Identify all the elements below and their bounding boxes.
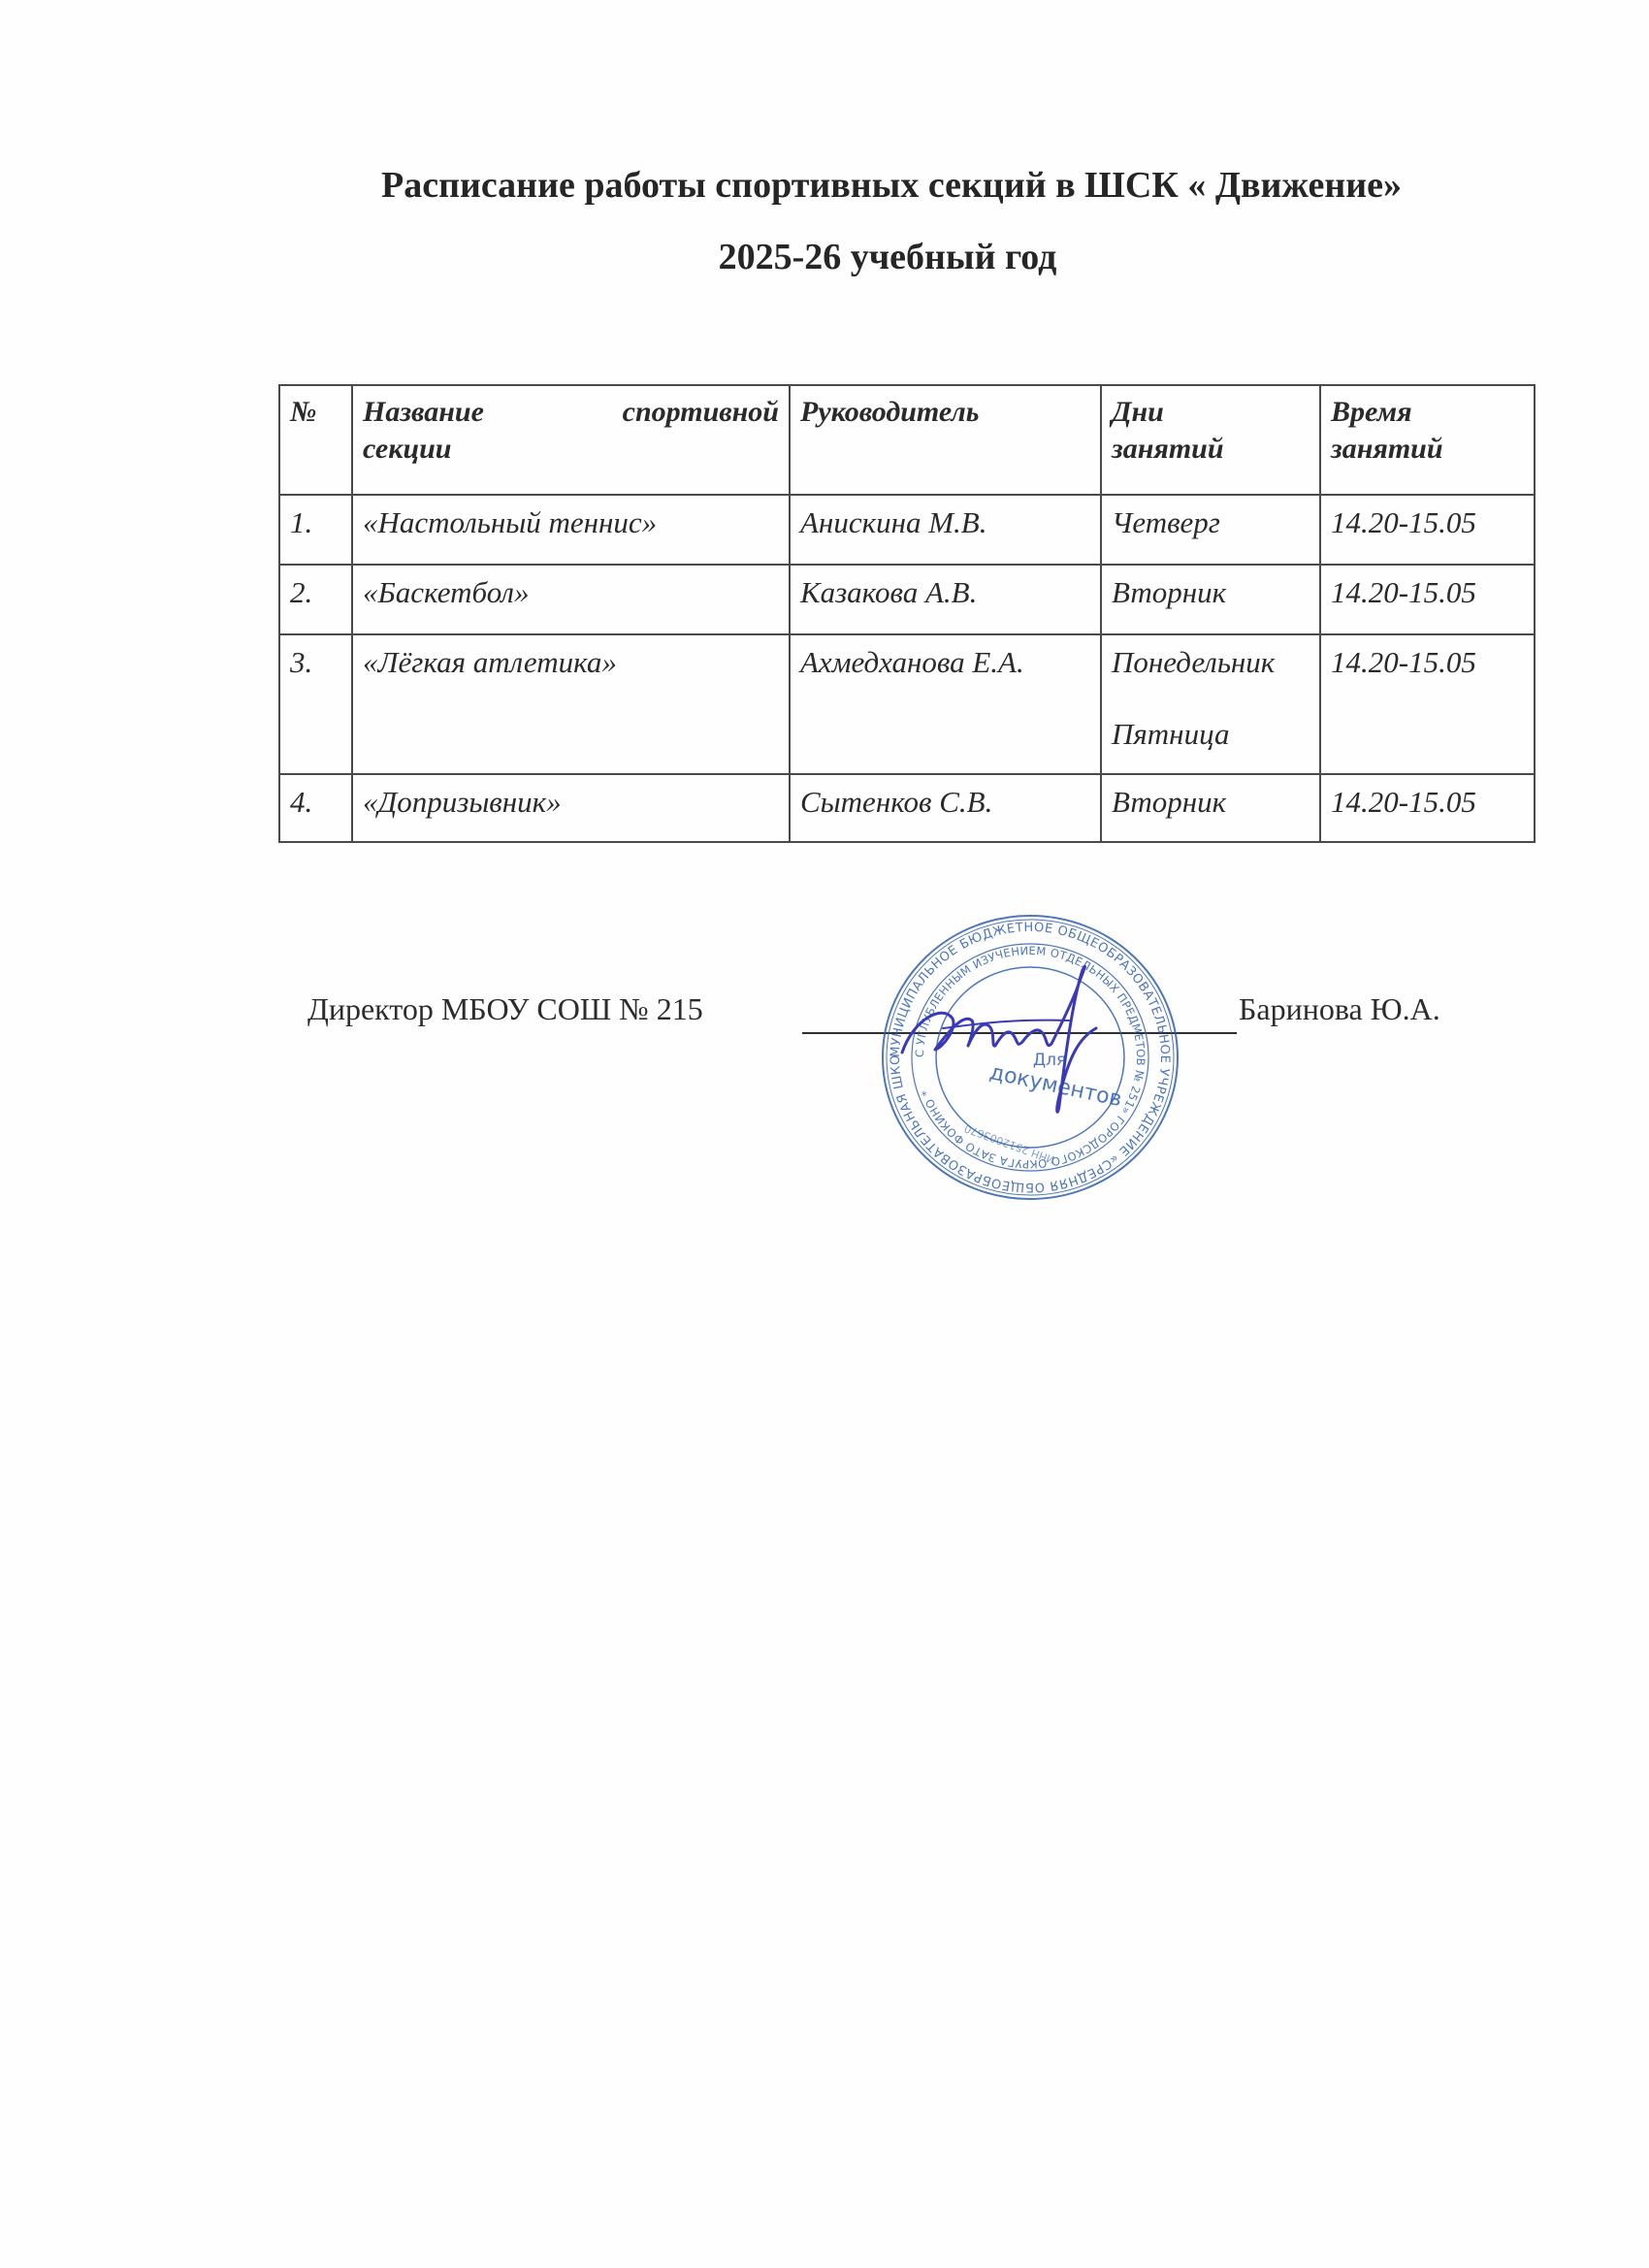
document-page: Расписание работы спортивных секций в ШС…	[0, 0, 1649, 2268]
cell-number: 4.	[279, 774, 352, 842]
director-position: Директор МБОУ СОШ № 215	[307, 991, 703, 1027]
header-time-line2: занятий	[1331, 431, 1524, 468]
svg-text:Для: Для	[1033, 1051, 1066, 1070]
header-section-name-word2: спортивной	[623, 394, 779, 431]
header-time: Время занятий	[1320, 385, 1535, 495]
header-leader: Руководитель	[790, 385, 1101, 495]
cell-section: «Баскетбол»	[352, 565, 790, 634]
cell-number: 3.	[279, 634, 352, 774]
day-value: Вторник	[1112, 785, 1309, 820]
table-row: 2. «Баскетбол» Казакова А.В. Вторник 14.…	[279, 565, 1535, 634]
day-value: Вторник	[1112, 575, 1309, 610]
svg-text:С УГЛУБЛЕННЫМ ИЗУЧЕНИЕМ ОТДЕЛЬ: С УГЛУБЛЕННЫМ ИЗУЧЕНИЕМ ОТДЕЛЬНЫХ ПРЕДМЕ…	[913, 944, 1148, 1171]
cell-days: Понедельник Пятница	[1101, 634, 1320, 774]
cell-days: Вторник	[1101, 565, 1320, 634]
table-header-row: № Название спортивной секции Руководител…	[279, 385, 1535, 495]
table-row: 3. «Лёгкая атлетика» Ахмедханова Е.А. По…	[279, 634, 1535, 774]
header-time-line1: Время	[1331, 394, 1524, 431]
cell-number: 2.	[279, 565, 352, 634]
table-row: 1. «Настольный теннис» Анискина М.В. Чет…	[279, 495, 1535, 565]
cell-section: «Настольный теннис»	[352, 495, 790, 565]
cell-time: 14.20-15.05	[1320, 634, 1535, 774]
official-stamp: МУНИЦИПАЛЬНОЕ БЮДЖЕТНОЕ ОБЩЕОБРАЗОВАТЕЛЬ…	[875, 912, 1185, 1203]
header-section-name-line2: секции	[363, 431, 779, 468]
cell-leader: Сытенков С.В.	[790, 774, 1101, 842]
header-section-name-word1: Название	[363, 394, 484, 431]
header-number: №	[279, 385, 352, 495]
cell-leader: Анискина М.В.	[790, 495, 1101, 565]
schedule-table: № Название спортивной секции Руководител…	[278, 384, 1536, 843]
day-value: Четверг	[1112, 505, 1309, 540]
cell-time: 14.20-15.05	[1320, 495, 1535, 565]
cell-section: «Лёгкая атлетика»	[352, 634, 790, 774]
cell-time: 14.20-15.05	[1320, 565, 1535, 634]
cell-days: Вторник	[1101, 774, 1320, 842]
header-days-line2: занятий	[1112, 431, 1309, 468]
cell-leader: Ахмедханова Е.А.	[790, 634, 1101, 774]
header-section-name: Название спортивной секции	[352, 385, 790, 495]
cell-section: «Допризывник»	[352, 774, 790, 842]
header-days: Дни занятий	[1101, 385, 1320, 495]
day-value: Пятница	[1112, 717, 1309, 752]
cell-days: Четверг	[1101, 495, 1320, 565]
stamp-seal-icon: МУНИЦИПАЛЬНОЕ БЮДЖЕТНОЕ ОБЩЕОБРАЗОВАТЕЛЬ…	[875, 912, 1185, 1203]
cell-number: 1.	[279, 495, 352, 565]
cell-leader: Казакова А.В.	[790, 565, 1101, 634]
table-row: 4. «Допризывник» Сытенков С.В. Вторник 1…	[279, 774, 1535, 842]
cell-time: 14.20-15.05	[1320, 774, 1535, 842]
header-days-line1: Дни	[1112, 394, 1309, 431]
director-name: Баринова Ю.А.	[1239, 991, 1440, 1027]
document-title: Расписание работы спортивных секций в ШС…	[0, 167, 1649, 204]
day-value: Понедельник	[1112, 645, 1309, 680]
academic-year: 2025-26 учебный год	[0, 239, 1649, 275]
